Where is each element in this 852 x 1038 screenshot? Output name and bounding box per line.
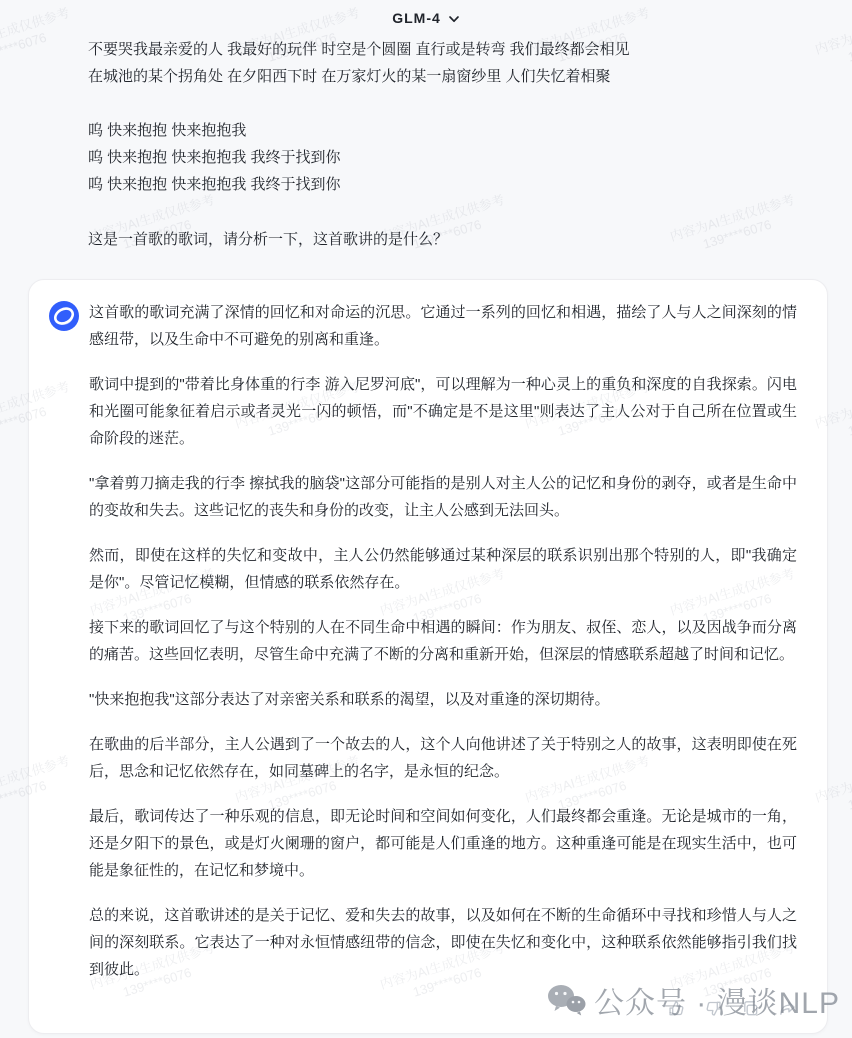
response-action-row	[49, 997, 797, 1019]
answer-paragraph: "拿着剪刀摘走我的行李 擦拭我的脑袋"这部分可能指的是别人对主人公的记忆和身份的…	[89, 470, 797, 524]
lyric-line: 呜 快来抱抱 快来抱抱我 我终于找到你	[88, 144, 804, 171]
lyric-line: 呜 快来抱抱 快来抱抱我	[88, 117, 804, 144]
model-name: GLM-4	[392, 10, 441, 26]
lyrics-chorus: 呜 快来抱抱 快来抱抱我 呜 快来抱抱 快来抱抱我 我终于找到你 呜 快来抱抱 …	[88, 117, 804, 198]
user-question: 这是一首歌的歌词，请分析一下，这首歌讲的是什么？	[88, 226, 804, 253]
assistant-answer: 这首歌的歌词充满了深情的回忆和对命运的沉思。它通过一系列的回忆和相遇，描绘了人与…	[79, 299, 797, 983]
model-selector[interactable]: GLM-4	[0, 0, 852, 28]
answer-paragraph: 然而，即使在这样的失忆和变故中，主人公仍然能够通过某种深层的联系识别出那个特别的…	[89, 542, 797, 596]
answer-paragraph: 最后，歌词传达了一种乐观的信息，即无论时间和空间如何变化，人们最终都会重逢。无论…	[89, 803, 797, 884]
user-message: 不要哭我最亲爱的人 我最好的玩伴 时空是个圆圈 直行或是转弯 我们最终都会相见 …	[88, 36, 804, 253]
chevron-down-icon	[448, 12, 460, 24]
answer-paragraph: 接下来的歌词回忆了与这个特别的人在不同生命中相遇的瞬间：作为朋友、叔侄、恋人，以…	[89, 614, 797, 668]
assistant-response-card: 这首歌的歌词充满了深情的回忆和对命运的沉思。它通过一系列的回忆和相遇，描绘了人与…	[28, 279, 828, 1034]
share-icon[interactable]	[778, 999, 797, 1018]
answer-paragraph: 总的来说，这首歌讲述的是关于记忆、爱和失去的故事，以及如何在不断的生命循环中寻找…	[89, 902, 797, 983]
answer-paragraph: 在歌曲的后半部分，主人公遇到了一个故去的人，这个人向他讲述了关于特别之人的故事，…	[89, 731, 797, 785]
lyric-line: 在城池的某个拐角处 在夕阳西下时 在万家灯火的某一扇窗纱里 人们失忆着相聚	[88, 63, 804, 90]
copy-icon[interactable]	[741, 999, 760, 1018]
answer-paragraph: 这首歌的歌词充满了深情的回忆和对命运的沉思。它通过一系列的回忆和相遇，描绘了人与…	[89, 299, 797, 353]
answer-paragraph: "快来抱抱我"这部分表达了对亲密关系和联系的渴望，以及对重逢的深切期待。	[89, 686, 797, 713]
lyric-line: 不要哭我最亲爱的人 我最好的玩伴 时空是个圆圈 直行或是转弯 我们最终都会相见	[88, 36, 804, 63]
lyric-line: 呜 快来抱抱 快来抱抱我 我终于找到你	[88, 171, 804, 198]
thumbs-up-icon[interactable]	[667, 999, 686, 1018]
lyrics-verse: 不要哭我最亲爱的人 我最好的玩伴 时空是个圆圈 直行或是转弯 我们最终都会相见 …	[88, 36, 804, 90]
answer-paragraph: 歌词中提到的"带着比身体重的行李 游入尼罗河底"，可以理解为一种心灵上的重负和深…	[89, 371, 797, 452]
chatglm-logo-icon	[49, 301, 79, 331]
thumbs-down-icon[interactable]	[704, 999, 723, 1018]
